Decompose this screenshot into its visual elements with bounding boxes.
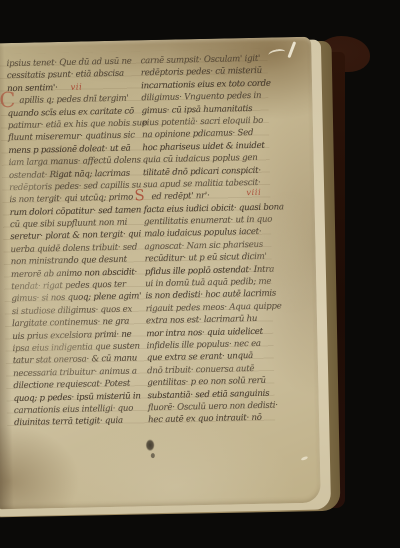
chapter-numeral-vii: vii xyxy=(70,81,82,91)
white-fleck xyxy=(301,456,309,461)
manuscript-line: hec autē ex quo intrauit· nō xyxy=(148,410,275,425)
white-scratch-tilde xyxy=(268,48,286,59)
ink-blot xyxy=(145,439,154,451)
ink-blot-small xyxy=(151,453,155,458)
manuscript-leaf: ipsius tenet· Que dū ad usū necessitatis… xyxy=(0,37,321,510)
white-scratch-slash xyxy=(287,41,295,58)
text-column-right: carnē sumpsit· Osculam' igit'redēptoris … xyxy=(140,51,275,425)
photo-backdrop: ipsius tenet· Que dū ad usū necessitatis… xyxy=(0,0,400,548)
chapter-numeral-viii: viii xyxy=(246,187,261,197)
text-column-left: ipsius tenet· Que dū ad usū necessitatis… xyxy=(6,53,144,427)
